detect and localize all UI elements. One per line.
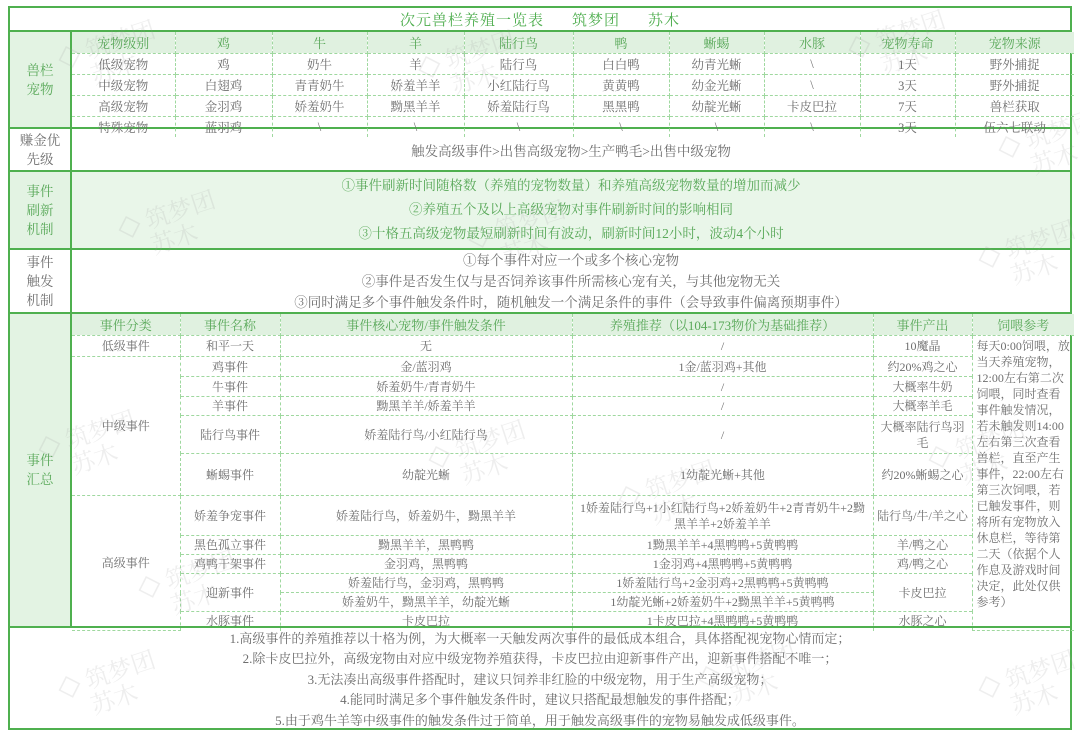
gold-priority-text: 触发高级事件>出售高级宠物>生产鸭毛>出售中级宠物 [72,129,1070,170]
event-rec-cell: 1幼靛光蜥+其他 [572,454,873,496]
table-cell: 金羽鸡 [175,96,272,117]
table-cell: 1天 [860,54,955,75]
event-row: 迎新事件 娇羞陆行鸟，金羽鸡，黑鸭鸭 1娇羞陆行鸟+2金羽鸡+2黑鸭鸭+5黄鸭鸭… [72,574,1074,593]
table-cell: 奶牛 [272,54,367,75]
refresh-rule: ①事件刷新时间随格数（养殖的宠物数量）和养殖高级宠物数量的增加而减少 [72,174,1070,198]
section-trigger-mechanism: 事件 触发 机制 ①每个事件对应一个或多个核心宠物 ②事件是否发生仅与是否饲养该… [10,248,1070,312]
event-output-cell: 大概率陆行鸟羽毛 [873,416,972,454]
column-header: 宠物级别 [72,32,175,54]
table-cell: 高级宠物 [72,96,175,117]
table-cell: 白白鸭 [573,54,669,75]
note-line: 1.高级事件的养殖推荐以十格为例，为大概率一天触发两次事件的最低成本组合，具体搭… [10,629,1070,650]
pet-row: 低级宠物 鸡 奶牛 羊 陆行鸟 白白鸭 幼青光蜥 \ 1天 野外捕捉 [72,54,1074,75]
section-notes: 1.高级事件的养殖推荐以十格为例，为大概率一天触发两次事件的最低成本组合，具体搭… [10,626,1070,732]
table-cell: 中级宠物 [72,75,175,96]
event-core-cell: 娇羞奶牛/青青奶牛 [280,377,572,397]
event-name-cell: 黑色孤立事件 [180,536,280,555]
column-header: 事件名称 [180,314,280,336]
event-core-cell: 娇羞陆行鸟/小红陆行鸟 [280,416,572,454]
column-header: 宠物来源 [955,32,1074,54]
event-core-cell: 娇羞陆行鸟，娇羞奶牛，黝黑羊羊 [280,496,572,536]
sheet-title-author: 苏木 [648,9,680,30]
section-label-trigger-mechanism: 事件 触发 机制 [10,250,72,312]
table-cell: 野外捕捉 [955,75,1074,96]
event-row: 低级事件 和平一天 无 / 10魔晶 每天0:00饲喂，放当天养殖宠物，12:0… [72,336,1074,357]
section-refresh-mechanism: 事件 刷新 机制 ①事件刷新时间随格数（养殖的宠物数量）和养殖高级宠物数量的增加… [10,170,1070,248]
event-name-cell: 鸡鸭干架事件 [180,555,280,574]
event-rec-cell: 1黝黑羊羊+4黑鸭鸭+5黄鸭鸭 [572,536,873,555]
section-pen-pets: 兽栏 宠物 宠物级别 鸡 牛 羊 陆行鸟 鸭 蜥蜴 水豚 宠物寿命 宠物来源 [10,30,1070,127]
table-cell: 幼靛光蜥 [669,96,764,117]
event-row: 羊事件 黝黑羊羊/娇羞羊羊 / 大概率羊毛 [72,397,1074,416]
column-header: 饲喂参考 [972,314,1074,336]
section-label-event-summary: 事件 汇总 [10,314,72,626]
event-output-cell: 约20%蜥蜴之心 [873,454,972,496]
event-core-cell: 黝黑羊羊/娇羞羊羊 [280,397,572,416]
event-rec-cell: 1金羽鸡+4黑鸭鸭+5黄鸭鸭 [572,555,873,574]
event-name-cell: 和平一天 [180,336,280,357]
column-header: 蜥蜴 [669,32,764,54]
events-header-row: 事件分类 事件名称 事件核心宠物/事件触发条件 养殖推荐（以104-173物价为… [72,314,1074,336]
event-output-cell: 约20%鸡之心 [873,357,972,377]
table-cell: 黄黄鸭 [573,75,669,96]
trigger-rule: ②事件是否发生仅与是否饲养该事件所需核心宠有关，与其他宠物无关 [72,271,1070,292]
note-line: 5.由于鸡牛羊等中级事件的触发条件过于简单，用于触发高级事件的宠物易触发成低级事… [10,711,1070,732]
column-header: 鸡 [175,32,272,54]
event-output-cell: 卡皮巴拉 [873,574,972,612]
event-row: 牛事件 娇羞奶牛/青青奶牛 / 大概率牛奶 [72,377,1074,397]
sheet-title-main: 次元兽栏养殖一览表 [400,9,544,30]
breeding-sheet: 次元兽栏养殖一览表 筑梦团 苏木 兽栏 宠物 宠物级别 鸡 牛 羊 陆行鸟 鸭 … [8,6,1072,730]
event-core-cell: 娇羞陆行鸟，金羽鸡，黑鸭鸭 [280,574,572,593]
event-name-cell: 娇羞争宠事件 [180,496,280,536]
event-category-cell: 低级事件 [72,336,180,357]
table-cell: 小红陆行鸟 [464,75,573,96]
refresh-rule: ③十格五高级宠物最短刷新时间有波动，刷新时间12小时，波动4个小时 [72,222,1070,246]
pets-table: 宠物级别 鸡 牛 羊 陆行鸟 鸭 蜥蜴 水豚 宠物寿命 宠物来源 低级宠物 鸡 … [72,32,1074,137]
event-row: 高级事件 娇羞争宠事件 娇羞陆行鸟，娇羞奶牛，黝黑羊羊 1娇羞陆行鸟+1小红陆行… [72,496,1074,536]
table-cell: 黝黑羊羊 [367,96,464,117]
note-line: 2.除卡皮巴拉外，高级宠物由对应中级宠物养殖获得，卡皮巴拉由迎新事件产出，迎新事… [10,649,1070,670]
event-core-cell: 娇羞奶牛，黝黑羊羊，幼靛光蜥 [280,593,572,612]
event-row: 鸡鸭干架事件 金羽鸡，黑鸭鸭 1金羽鸡+4黑鸭鸭+5黄鸭鸭 鸡/鸭之心 [72,555,1074,574]
trigger-rule: ③同时满足多个事件触发条件时，随机触发一个满足条件的事件（会导致事件偏离预期事件… [72,292,1070,313]
section-label-gold-priority: 赚金优 先级 [10,129,72,170]
table-cell: 青青奶牛 [272,75,367,96]
table-cell: 娇羞奶牛 [272,96,367,117]
column-header: 水豚 [764,32,860,54]
event-rec-cell: / [572,416,873,454]
sheet-title-team: 筑梦团 [572,9,620,30]
event-category-cell: 高级事件 [72,496,180,631]
event-name-cell: 牛事件 [180,377,280,397]
event-rec-cell: / [572,377,873,397]
table-cell: 鸡 [175,54,272,75]
event-core-cell: 幼靛光蜥 [280,454,572,496]
table-cell: 兽栏获取 [955,96,1074,117]
table-cell: 幼金光蜥 [669,75,764,96]
events-table: 事件分类 事件名称 事件核心宠物/事件触发条件 养殖推荐（以104-173物价为… [72,314,1074,631]
event-core-cell: 无 [280,336,572,357]
column-header: 鸭 [573,32,669,54]
table-cell: 低级宠物 [72,54,175,75]
event-rec-cell: / [572,397,873,416]
table-cell: 羊 [367,54,464,75]
section-label-refresh-mechanism: 事件 刷新 机制 [10,172,72,248]
table-cell: 娇羞羊羊 [367,75,464,96]
event-row: 中级事件 鸡事件 金/蓝羽鸡 1金/蓝羽鸡+其他 约20%鸡之心 [72,357,1074,377]
table-cell: 野外捕捉 [955,54,1074,75]
event-rec-cell: 1金/蓝羽鸡+其他 [572,357,873,377]
table-cell: 黑黑鸭 [573,96,669,117]
table-cell: 卡皮巴拉 [764,96,860,117]
event-category-cell: 中级事件 [72,357,180,496]
column-header: 宠物寿命 [860,32,955,54]
section-gold-priority: 赚金优 先级 触发高级事件>出售高级宠物>生产鸭毛>出售中级宠物 [10,127,1070,170]
column-header: 事件核心宠物/事件触发条件 [280,314,572,336]
column-header: 羊 [367,32,464,54]
note-line: 4.能同时满足多个事件触发条件时，建议只搭配最想触发的事件搭配； [10,690,1070,711]
column-header: 养殖推荐（以104-173物价为基础推荐） [572,314,873,336]
event-row: 陆行鸟事件 娇羞陆行鸟/小红陆行鸟 / 大概率陆行鸟羽毛 [72,416,1074,454]
section-label-pen-pets: 兽栏 宠物 [10,32,72,127]
column-header: 牛 [272,32,367,54]
table-cell: 白翅鸡 [175,75,272,96]
column-header: 事件产出 [873,314,972,336]
event-name-cell: 鸡事件 [180,357,280,377]
event-output-cell: 大概率羊毛 [873,397,972,416]
table-cell: 娇羞陆行鸟 [464,96,573,117]
event-name-cell: 羊事件 [180,397,280,416]
event-row: 黑色孤立事件 黝黑羊羊，黑鸭鸭 1黝黑羊羊+4黑鸭鸭+5黄鸭鸭 羊/鸭之心 [72,536,1074,555]
pets-header-row: 宠物级别 鸡 牛 羊 陆行鸟 鸭 蜥蜴 水豚 宠物寿命 宠物来源 [72,32,1074,54]
refresh-rule: ②养殖五个及以上高级宠物对事件刷新时间的影响相同 [72,198,1070,222]
event-rec-cell: / [572,336,873,357]
column-header: 陆行鸟 [464,32,573,54]
event-name-cell: 蜥蜴事件 [180,454,280,496]
event-rec-cell: 1娇羞陆行鸟+2金羽鸡+2黑鸭鸭+5黄鸭鸭 [572,574,873,593]
table-cell: \ [764,75,860,96]
table-cell: \ [764,54,860,75]
event-rec-cell: 1幼靛光蜥+2娇羞奶牛+2黝黑羊羊+5黄鸭鸭 [572,593,873,612]
sheet-title: 次元兽栏养殖一览表 筑梦团 苏木 [10,8,1070,30]
event-core-cell: 金/蓝羽鸡 [280,357,572,377]
table-cell: 陆行鸟 [464,54,573,75]
event-output-cell: 大概率牛奶 [873,377,972,397]
table-cell: 幼青光蜥 [669,54,764,75]
section-event-summary: 事件 汇总 事件分类 事件名称 事件核心宠物/事件触发条件 养殖推荐（以104-… [10,312,1070,626]
event-output-cell: 10魔晶 [873,336,972,357]
event-rec-cell: 1娇羞陆行鸟+1小红陆行鸟+2娇羞奶牛+2青青奶牛+2黝黑羊羊+2娇羞羊羊 [572,496,873,536]
column-header: 事件分类 [72,314,180,336]
event-name-cell: 陆行鸟事件 [180,416,280,454]
table-cell: 3天 [860,75,955,96]
note-line: 3.无法凑出高级事件搭配时，建议只饲养非红脸的中级宠物，用于生产高级宠物； [10,670,1070,691]
table-cell: 7天 [860,96,955,117]
event-row: 蜥蜴事件 幼靛光蜥 1幼靛光蜥+其他 约20%蜥蜴之心 [72,454,1074,496]
pet-row: 高级宠物 金羽鸡 娇羞奶牛 黝黑羊羊 娇羞陆行鸟 黑黑鸭 幼靛光蜥 卡皮巴拉 7… [72,96,1074,117]
event-name-cell: 迎新事件 [180,574,280,612]
event-core-cell: 黝黑羊羊，黑鸭鸭 [280,536,572,555]
trigger-rule: ①每个事件对应一个或多个核心宠物 [72,250,1070,271]
event-output-cell: 羊/鸭之心 [873,536,972,555]
event-core-cell: 金羽鸡，黑鸭鸭 [280,555,572,574]
pet-row: 中级宠物 白翅鸡 青青奶牛 娇羞羊羊 小红陆行鸟 黄黄鸭 幼金光蜥 \ 3天 野… [72,75,1074,96]
feeding-reference-cell: 每天0:00饲喂，放当天养殖宠物，12:00左右第二次饲喂，同时查看事件触发情况… [972,336,1074,631]
event-output-cell: 鸡/鸭之心 [873,555,972,574]
event-output-cell: 陆行鸟/牛/羊之心 [873,496,972,536]
